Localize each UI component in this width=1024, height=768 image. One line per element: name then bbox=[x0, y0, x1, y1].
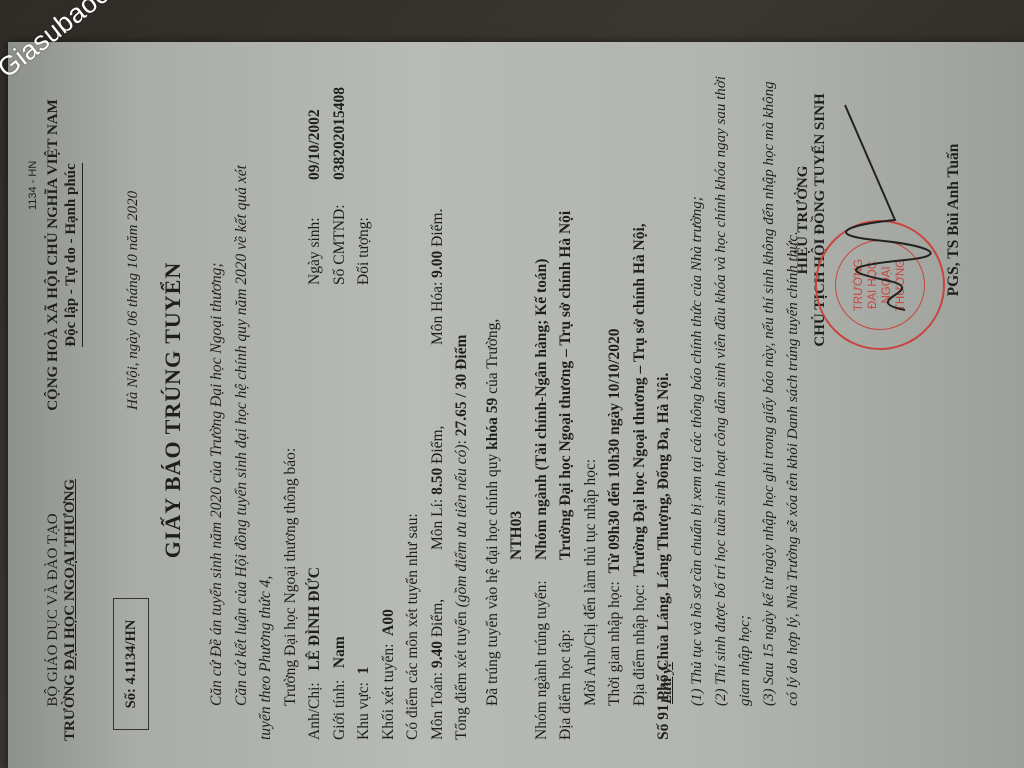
physics-label: Môn Lí: bbox=[429, 499, 446, 550]
enroll-place-value: Trường Đại học Ngoại thương – Trụ sở chí… bbox=[631, 223, 648, 576]
chemistry-score-group: Môn Hóa: 9.00 Điểm. bbox=[426, 209, 451, 345]
total-score: 27.65 / 30 Điểm bbox=[453, 335, 470, 437]
dob-value: 09/10/2002 bbox=[303, 109, 328, 180]
row-gender-id: Giới tính: Nam Số CMTND: 038202015408 bbox=[328, 80, 353, 740]
campus-value: Trường Đại học Ngoại thương – Trụ sở chí… bbox=[554, 211, 579, 560]
region-value: 1 bbox=[355, 667, 372, 675]
notes-title: Lưu ý: bbox=[655, 70, 679, 704]
letter-header: BỘ GIÁO DỤC VÀ ĐÀO TẠO TRƯỜNG ĐẠI HỌC NG… bbox=[15, 50, 135, 768]
total-label: Tổng điểm xét tuyển bbox=[453, 611, 470, 740]
admission-prefix: Đã trúng tuyển vào hệ đại học chính quy bbox=[484, 450, 501, 706]
enroll-place-label: Địa điểm nhập học: bbox=[631, 584, 648, 706]
campus-label: Địa điểm học tập: bbox=[557, 629, 574, 740]
math-unit: Điểm bbox=[429, 603, 446, 637]
preamble-line-4: Trường Đại học Ngoại thương thông báo: bbox=[279, 80, 304, 740]
id-label: Số CMTND: bbox=[328, 204, 353, 285]
preamble-line-2: Căn cứ kết luận của Hội đồng tuyển sinh … bbox=[230, 80, 255, 740]
enroll-time-value: Từ 09h30 đến 10h30 ngày 10/10/2020 bbox=[606, 329, 623, 574]
preamble-line-3: tuyển theo Phương thức 4, bbox=[254, 80, 279, 740]
total-note: (gồm điểm ưu tiên nếu có) bbox=[453, 444, 470, 607]
enrollment-invite: Mời Anh/Chị đến làm thủ tục nhập học: bbox=[579, 80, 604, 740]
scores-intro: Có điểm các môn xét tuyển như sau: bbox=[401, 80, 426, 740]
enroll-time-label: Thời gian nhập học: bbox=[606, 581, 623, 706]
gender-value: Nam bbox=[331, 636, 348, 668]
name-label: Anh/Chị: bbox=[306, 682, 323, 740]
chemistry-label: Môn Hóa: bbox=[429, 282, 446, 345]
row-name-dob: Anh/Chị: LÊ ĐÌNH ĐỨC Ngày sinh: 09/10/20… bbox=[303, 80, 328, 740]
block-label: Khối xét tuyển: bbox=[380, 644, 397, 740]
object-label: Đối tượng: bbox=[352, 217, 377, 285]
school-prefix: TRƯỜNG bbox=[62, 670, 78, 741]
math-label: Môn Toán: bbox=[429, 672, 446, 740]
signer-role-2: CHỦ TỊCH HỘI ĐỒNG TUYỂN SINH bbox=[812, 60, 829, 380]
row-total-score: Tổng điểm xét tuyển (gồm điểm ưu tiên nế… bbox=[450, 80, 475, 740]
national-motto: Độc lập - Tự do - Hạnh phúc bbox=[63, 163, 83, 346]
block-value: A00 bbox=[380, 609, 397, 636]
id-value: 038202015408 bbox=[328, 87, 353, 180]
chemistry-score: 9.00 bbox=[429, 251, 446, 278]
major-code: NTH03 bbox=[505, 511, 530, 560]
row-region-object: Khu vực: 1 Đối tượng: bbox=[352, 80, 377, 740]
major-value: Nhóm ngành (Tài chính-Ngân hàng; Kế toán… bbox=[530, 259, 555, 560]
notes-section: Lưu ý: (1) Thủ tục và hồ sơ cần chuẩn bị… bbox=[655, 70, 805, 740]
school-name-underlined: ĐẠI HỌC NGOẠI THƯƠNG bbox=[62, 479, 78, 670]
preamble-line-1: Căn cứ Đề án tuyển sinh năm 2020 của Trư… bbox=[205, 80, 230, 740]
major-label: Nhóm ngành trúng tuyển: bbox=[533, 580, 550, 740]
dob-label: Ngày sinh: bbox=[303, 217, 328, 285]
signature-block: HIỆU TRƯỞNG CHỦ TỊCH HỘI ĐỒNG TUYỂN SINH bbox=[795, 60, 829, 380]
candidate-name: LÊ ĐÌNH ĐỨC bbox=[306, 567, 323, 671]
row-block: Khối xét tuyển: A00 bbox=[377, 80, 402, 740]
document-number: Số: 4.1134/HN bbox=[113, 598, 149, 730]
document-title: GIẤY BÁO TRÚNG TUYỂN bbox=[160, 50, 186, 768]
note-item-1: (1) Thủ tục và hồ sơ cần chuẩn bị xem tạ… bbox=[685, 70, 709, 740]
handwritten-signature bbox=[835, 100, 955, 320]
physics-score: 8.50 bbox=[429, 468, 446, 495]
ministry-name: BỘ GIÁO DỤC VÀ ĐÀO TẠO bbox=[45, 460, 62, 760]
cohort: khóa 59 bbox=[484, 398, 501, 450]
admission-suffix: của Trường, bbox=[484, 319, 501, 398]
row-enroll-time: Thời gian nhập học: Từ 09h30 đến 10h30 n… bbox=[603, 80, 628, 740]
national-block: CỘNG HOÀ XÃ HỘI CHỦ NGHĨA VIỆT NAM Độc l… bbox=[45, 70, 83, 440]
row-subject-scores: Môn Toán: 9.40 Điểm, Môn Lí: 8.50 Điểm, … bbox=[426, 80, 451, 740]
issuer-block: BỘ GIÁO DỤC VÀ ĐÀO TẠO TRƯỜNG ĐẠI HỌC NG… bbox=[45, 460, 79, 760]
gender-label: Giới tính: bbox=[331, 680, 348, 740]
region-label: Khu vực: bbox=[355, 682, 372, 740]
nation-title: CỘNG HOÀ XÃ HỘI CHỦ NGHĨA VIỆT NAM bbox=[45, 70, 62, 440]
physics-score-group: Môn Lí: 8.50 Điểm, bbox=[426, 426, 451, 550]
letter-body: Căn cứ Đề án tuyển sinh năm 2020 của Trư… bbox=[205, 80, 677, 740]
row-major-code: NTH03 bbox=[505, 80, 530, 740]
admission-letter: 1134 - HN BỘ GIÁO DỤC VÀ ĐÀO TẠO TRƯỜNG … bbox=[15, 50, 1024, 768]
chemistry-unit: Điểm bbox=[429, 212, 446, 246]
issue-date: Hà Nội, ngày 06 tháng 10 năm 2020 bbox=[125, 191, 142, 410]
row-campus: Địa điểm học tập: Trường Đại học Ngoại t… bbox=[554, 80, 579, 740]
signer-role-1: HIỆU TRƯỞNG bbox=[795, 60, 812, 380]
row-enroll-place: Địa điểm nhập học: Trường Đại học Ngoại … bbox=[628, 80, 653, 740]
school-name: TRƯỜNG ĐẠI HỌC NGOẠI THƯƠNG bbox=[62, 460, 79, 760]
note-item-2: (2) Thí sinh được bố trí học tuần sinh h… bbox=[709, 70, 757, 740]
admission-statement: Đã trúng tuyển vào hệ đại học chính quy … bbox=[481, 80, 506, 740]
math-score: 9.40 bbox=[429, 641, 446, 668]
row-major: Nhóm ngành trúng tuyển: Nhóm ngành (Tài … bbox=[530, 80, 555, 740]
physics-unit: Điểm bbox=[429, 429, 446, 463]
signer-name: PGS, TS Bùi Anh Tuấn bbox=[945, 60, 963, 380]
